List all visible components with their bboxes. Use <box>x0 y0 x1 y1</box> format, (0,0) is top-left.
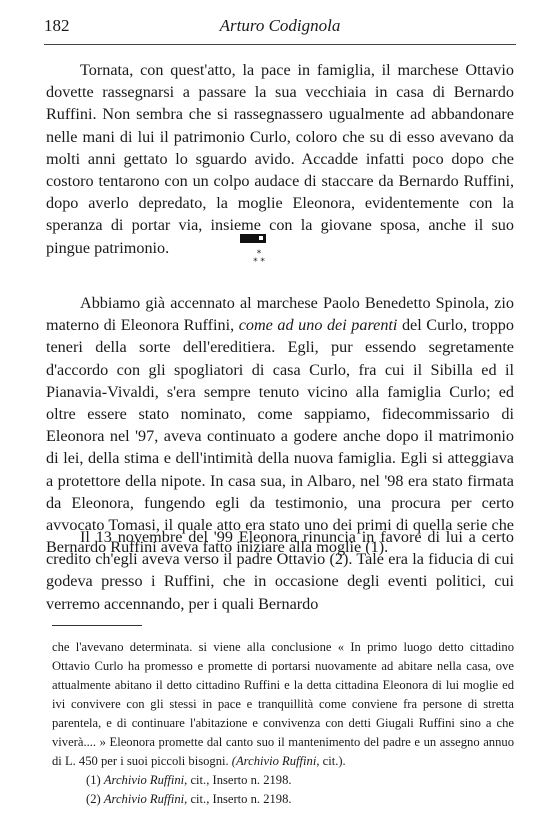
footnote-continuation-end: , cit.). <box>316 754 345 768</box>
footnote-continuation: che l'avevano determinata. si viene alla… <box>52 638 514 771</box>
footnote-2: (2) Archivio Ruffini, cit., Inserto n. 2… <box>52 790 514 809</box>
paragraph-2-text-b: del Curlo, troppo teneri della sorte del… <box>46 316 514 556</box>
asterism-section-break: ** * <box>244 250 274 266</box>
paragraph-1: Tornata, con quest'atto, la pace in fami… <box>46 59 514 259</box>
footnotes: che l'avevano determinata. si viene alla… <box>52 638 514 809</box>
footnote-continuation-text: che l'avevano determinata. si viene alla… <box>52 640 514 768</box>
footnote-1: (1) Archivio Ruffini, cit., Inserto n. 2… <box>52 771 514 790</box>
footnote-detail: , cit., Inserto n. 2198. <box>184 773 291 787</box>
ink-mark <box>240 234 266 243</box>
footnote-continuation-italic: (Archivio Ruffini <box>232 754 317 768</box>
footnote-detail: , cit., Inserto n. 2198. <box>184 792 291 806</box>
paragraph-3: Il 13 novembre del '99 Eleonora rinuncia… <box>46 526 514 615</box>
running-title: Arturo Codignola <box>44 16 516 36</box>
footnote-source: Archivio Ruffini <box>104 792 184 806</box>
paragraph-3-text: Il 13 novembre del '99 Eleonora rinuncia… <box>46 526 514 615</box>
page-header: 182 Arturo Codignola <box>44 16 516 38</box>
book-page: 182 Arturo Codignola Tornata, con quest'… <box>0 0 550 826</box>
footnote-marker: (1) <box>86 773 101 787</box>
header-rule <box>44 44 516 45</box>
paragraph-2: Abbiamo già accennato al marchese Paolo … <box>46 292 514 558</box>
paragraph-1-text: Tornata, con quest'atto, la pace in fami… <box>46 59 514 259</box>
footnote-rule <box>52 625 142 626</box>
footnote-source: Archivio Ruffini <box>104 773 184 787</box>
footnote-marker: (2) <box>86 792 101 806</box>
paragraph-2-italic: come ad uno dei parenti <box>239 316 398 334</box>
